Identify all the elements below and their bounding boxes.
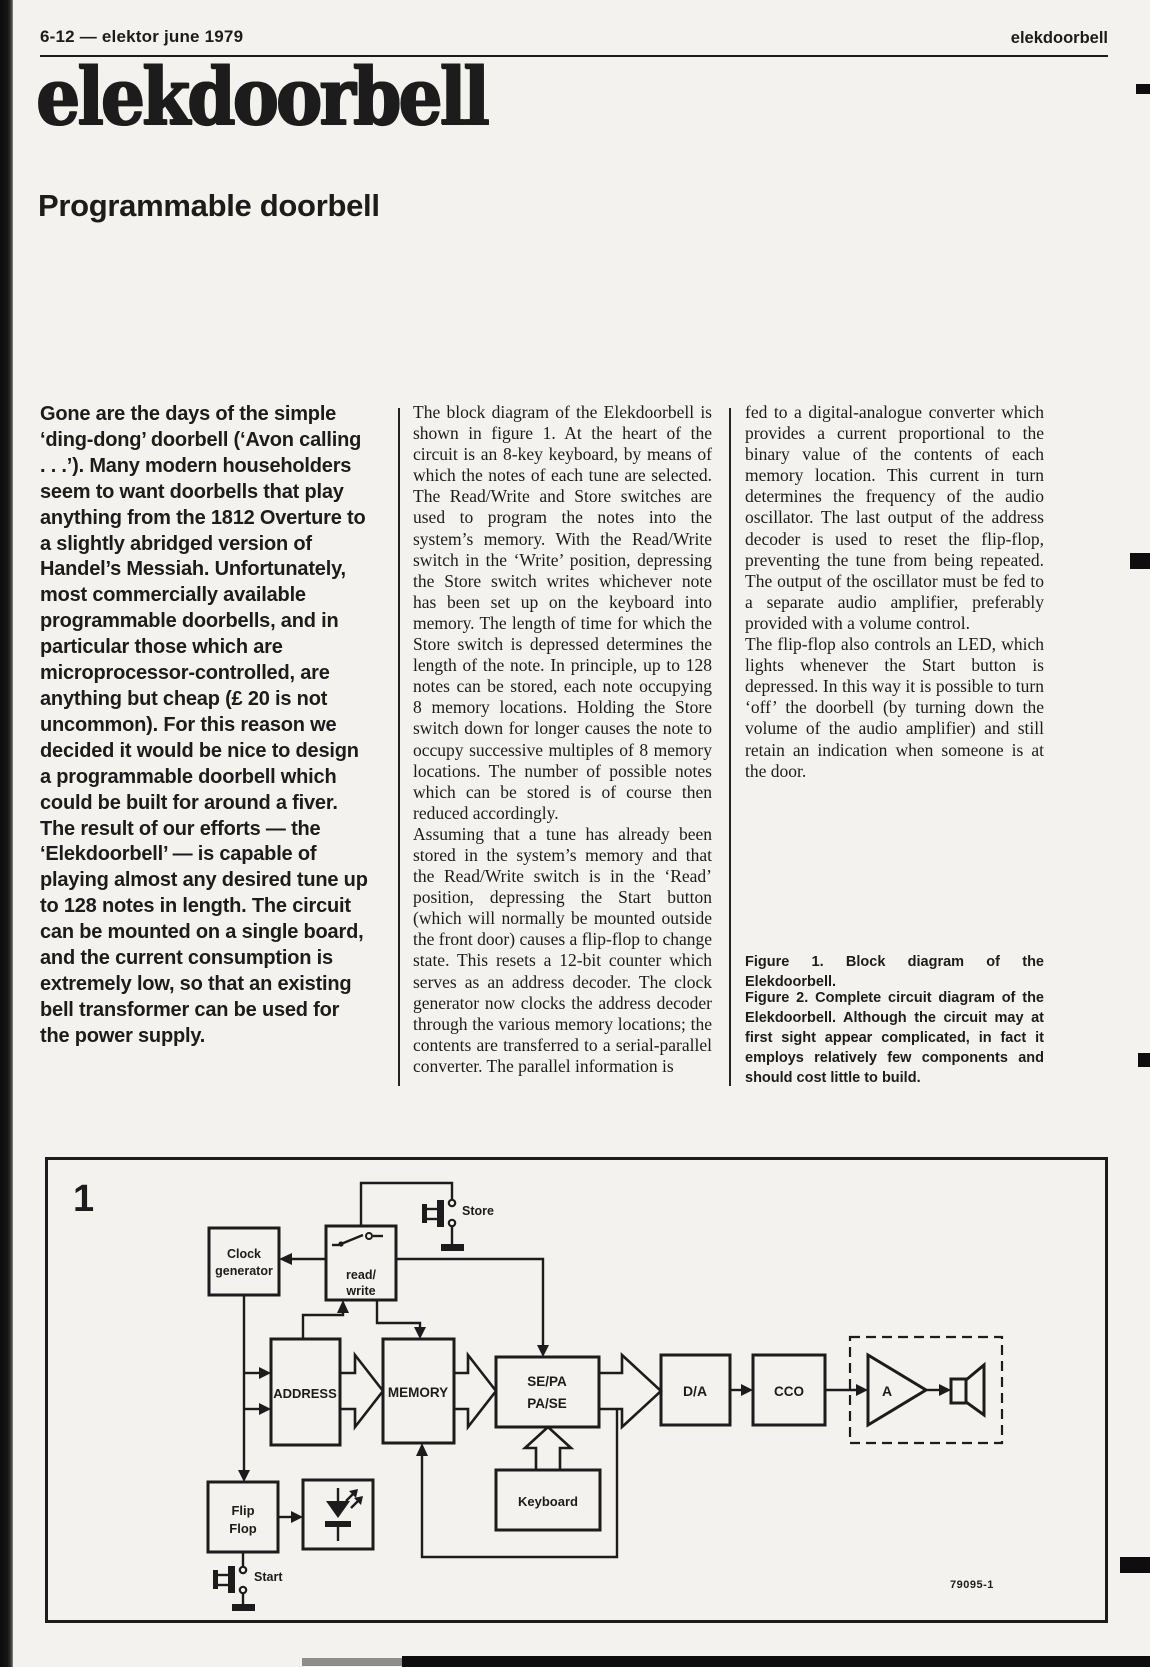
- pushbutton-cap: [422, 1204, 427, 1223]
- block-clock-generator: Clock generator: [209, 1228, 279, 1295]
- column-divider-1: [398, 408, 400, 1086]
- intro-column: Gone are the days of the simple ‘ding-do…: [40, 402, 370, 1050]
- svg-text:Clock: Clock: [227, 1247, 261, 1261]
- ground-icon: [441, 1244, 464, 1251]
- scan-bottom-band: [402, 1656, 1150, 1667]
- paragraph: The block diagram of the Elekdoorbell is…: [413, 402, 712, 824]
- svg-text:generator: generator: [215, 1264, 273, 1278]
- svg-text:MEMORY: MEMORY: [388, 1385, 448, 1400]
- bus-arrow-memory-sepa: [454, 1355, 496, 1427]
- article-subtitle: Programmable doorbell: [38, 188, 380, 224]
- page-header-right: elekdoorbell: [40, 29, 1108, 48]
- block-audio-amplifier: A: [850, 1337, 1002, 1443]
- pushbutton-bar: [437, 1200, 444, 1227]
- svg-text:PA/SE: PA/SE: [527, 1396, 567, 1411]
- svg-text:write: write: [345, 1284, 375, 1298]
- bus-arrow-keyboard-sepa: [525, 1427, 571, 1470]
- block-flip-flop: Flip Flop: [208, 1482, 278, 1552]
- figure-number: 1: [73, 1178, 94, 1220]
- scan-artifact: [1136, 84, 1150, 94]
- paragraph: The flip-flop also controls an LED, whic…: [745, 634, 1044, 782]
- block-keyboard: Keyboard: [496, 1470, 600, 1530]
- scan-artifact: [1120, 1557, 1150, 1573]
- ground-icon: [232, 1604, 255, 1611]
- article-title: elekdoorbell: [36, 56, 487, 136]
- svg-text:Keyboard: Keyboard: [518, 1494, 578, 1509]
- paragraph: fed to a digital-analogue converter whic…: [745, 402, 1044, 634]
- block-read-write: read/ write: [326, 1226, 396, 1300]
- led-icon: [325, 1488, 363, 1541]
- block-address: ADDRESS: [271, 1339, 340, 1445]
- scan-artifact: [1130, 553, 1150, 569]
- body-column-2: The block diagram of the Elekdoorbell is…: [413, 402, 712, 1077]
- scan-edge-strip: [0, 0, 13, 1667]
- svg-text:Flop: Flop: [229, 1521, 256, 1536]
- block-memory: MEMORY: [383, 1339, 454, 1443]
- amplifier-triangle-icon: [868, 1355, 926, 1425]
- scan-bottom-band-fade: [302, 1658, 402, 1666]
- pushbutton-cap: [213, 1570, 218, 1589]
- bus-arrow-address-memory: [340, 1355, 383, 1427]
- svg-text:CCO: CCO: [774, 1384, 804, 1399]
- start-pushbutton: Start: [213, 1566, 283, 1611]
- store-label: Store: [462, 1204, 494, 1218]
- column-divider-2: [729, 408, 731, 1086]
- block-cco: CCO: [753, 1355, 825, 1425]
- figure1-caption: Figure 1. Block diagram of the Elekdoorb…: [745, 952, 1044, 992]
- bus-arrows: [340, 1355, 661, 1470]
- svg-text:read/: read/: [346, 1268, 376, 1282]
- block-sepa-pase: SE/PA PA/SE: [496, 1357, 599, 1427]
- block-da-converter: D/A: [661, 1355, 730, 1425]
- start-label: Start: [254, 1570, 283, 1584]
- svg-text:Flip: Flip: [231, 1503, 254, 1518]
- switch-icon: [332, 1233, 383, 1247]
- figure1-block-diagram: 1: [45, 1157, 1108, 1623]
- bus-arrow-sepa-da: [599, 1355, 661, 1427]
- pushbutton-bar: [228, 1566, 235, 1593]
- paragraph: Assuming that a tune has already been st…: [413, 824, 712, 1077]
- figure-part-number: 79095-1: [950, 1579, 994, 1591]
- scan-artifact: [1138, 1053, 1150, 1067]
- body-column-3: fed to a digital-analogue converter whic…: [745, 402, 1044, 782]
- svg-text:A: A: [882, 1383, 892, 1399]
- block-led: [303, 1480, 373, 1549]
- svg-text:ADDRESS: ADDRESS: [273, 1386, 337, 1401]
- svg-text:D/A: D/A: [683, 1383, 707, 1399]
- store-pushbutton: Store: [422, 1200, 494, 1251]
- speaker-icon: [951, 1365, 984, 1415]
- figure2-caption: Figure 2. Complete circuit diagram of th…: [745, 988, 1044, 1088]
- magazine-page: 6-12 — elektor june 1979 elekdoorbell el…: [0, 0, 1150, 1667]
- block-diagram-svg: 1: [45, 1157, 1108, 1623]
- svg-text:SE/PA: SE/PA: [527, 1374, 567, 1389]
